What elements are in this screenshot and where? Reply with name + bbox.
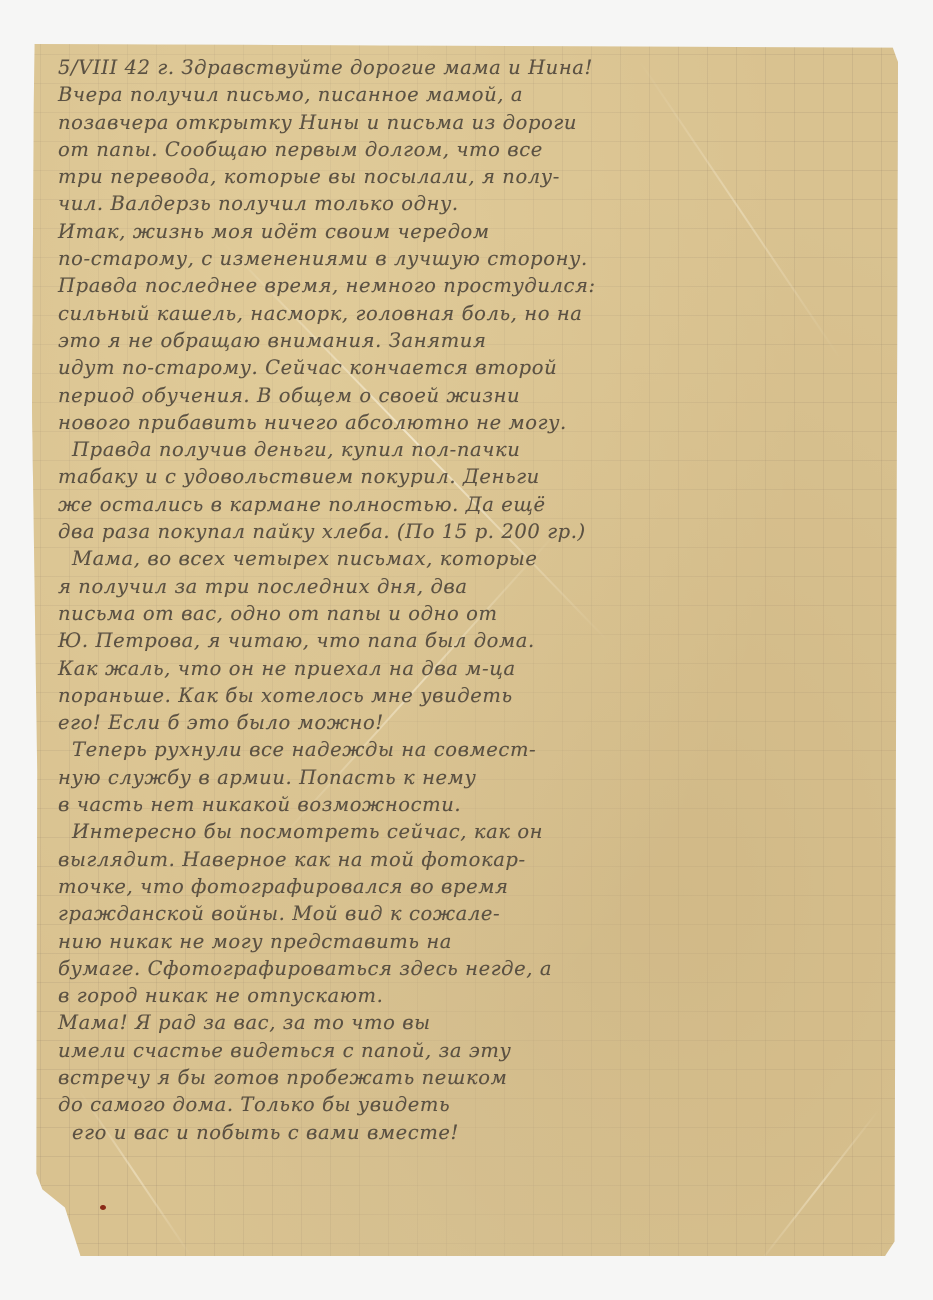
letter-line: нового прибавить ничего абсолютно не мог…	[58, 409, 894, 436]
letter-line: Правда последнее время, немного простуди…	[58, 272, 894, 299]
ink-stain	[100, 1205, 106, 1210]
letter-line: же остались в кармане полностью. Да ещё	[58, 491, 894, 518]
letter-line: три перевода, которые вы посылали, я пол…	[58, 163, 894, 190]
letter-line: период обучения. В общем о своей жизни	[58, 382, 894, 409]
letter-line-closing: его и вас и побыть с вами вместе!	[58, 1119, 894, 1146]
letter-line: два раза покупал пайку хлеба. (По 15 р. …	[58, 518, 894, 545]
letter-line: Ю. Петрова, я читаю, что папа был дома.	[58, 627, 894, 654]
letter-line: я получил за три последних дня, два	[58, 573, 894, 600]
letter-line: Вчера получил письмо, писанное мамой, а	[58, 81, 894, 108]
letter-line: точке, что фотографировался во время	[58, 873, 894, 900]
letter-line: от папы. Сообщаю первым долгом, что все	[58, 136, 894, 163]
letter-line: Мама, во всех четырех письмах, которые	[58, 545, 894, 572]
letter-line-date-greeting: 5/VIII 42 г. Здравствуйте дорогие мама и…	[58, 54, 894, 81]
letter-line: в город никак не отпускают.	[58, 982, 894, 1009]
letter-line: его! Если б это было можно!	[58, 709, 894, 736]
letter-line: Интересно бы посмотреть сейчас, как он	[58, 818, 894, 845]
letter-line: гражданской войны. Мой вид к сожале-	[58, 900, 894, 927]
letter-line: табаку и с удовольствием покурил. Деньги	[58, 463, 894, 490]
letter-line: Теперь рухнули все надежды на совмест-	[58, 736, 894, 763]
letter-line: до самого дома. Только бы увидеть	[58, 1091, 894, 1118]
letter-line: по-старому, с изменениями в лучшую сторо…	[58, 245, 894, 272]
letter-line: выглядит. Наверное как на той фотокар-	[58, 846, 894, 873]
letter-line: нию никак не могу представить на	[58, 928, 894, 955]
letter-line: это я не обращаю внимания. Занятия	[58, 327, 894, 354]
letter-line: идут по-старому. Сейчас кончается второй	[58, 354, 894, 381]
letter-line: имели счастье видеться с папой, за эту	[58, 1037, 894, 1064]
letter-body: 5/VIII 42 г. Здравствуйте дорогие мама и…	[58, 54, 894, 1146]
letter-line: Правда получив деньги, купил пол-пачки	[58, 436, 894, 463]
letter-line: ную службу в армии. Попасть к нему	[58, 764, 894, 791]
letter-line: встречу я бы готов пробежать пешком	[58, 1064, 894, 1091]
letter-line: Как жаль, что он не приехал на два м-ца	[58, 655, 894, 682]
letter-line: позавчера открытку Нины и письма из доро…	[58, 109, 894, 136]
letter-line: пораньше. Как бы хотелось мне увидеть	[58, 682, 894, 709]
letter-line: Итак, жизнь моя идёт своим чередом	[58, 218, 894, 245]
letter-line: письма от вас, одно от папы и одно от	[58, 600, 894, 627]
letter-line: чил. Валдерзь получил только одну.	[58, 190, 894, 217]
letter-line: сильный кашель, насморк, головная боль, …	[58, 300, 894, 327]
letter-line: в часть нет никакой возможности.	[58, 791, 894, 818]
letter-line: бумаге. Сфотографироваться здесь негде, …	[58, 955, 894, 982]
letter-line: Мама! Я рад за вас, за то что вы	[58, 1009, 894, 1036]
